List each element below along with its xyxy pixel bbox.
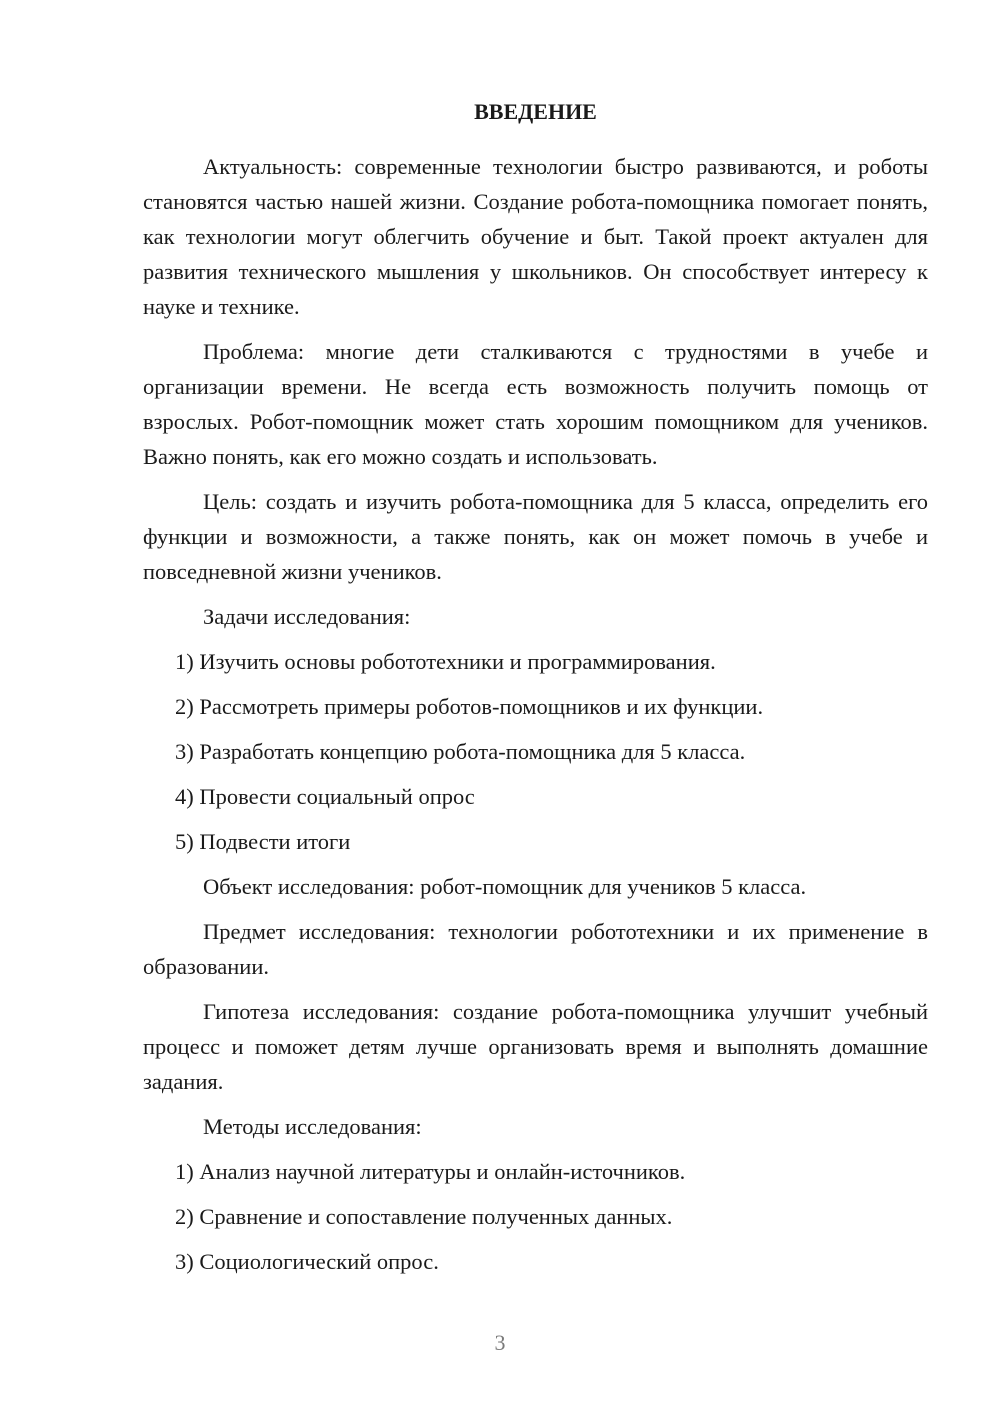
page-number: 3 [0, 1330, 1000, 1356]
method-item: 2) Сравнение и сопоставление полученных … [143, 1199, 928, 1234]
tasks-heading: Задачи исследования: [143, 599, 928, 634]
methods-heading: Методы исследования: [143, 1109, 928, 1144]
task-item: 2) Рассмотреть примеры роботов-помощнико… [143, 689, 928, 724]
methods-list: 1) Анализ научной литературы и онлайн-ис… [143, 1154, 928, 1279]
section-title: ВВЕДЕНИЕ [143, 92, 928, 129]
method-item: 3) Социологический опрос. [143, 1244, 928, 1279]
tasks-list: 1) Изучить основы робототехники и програ… [143, 644, 928, 859]
problem-paragraph: Проблема: многие дети сталкиваются с тру… [143, 334, 928, 474]
relevance-paragraph: Актуальность: современные технологии быс… [143, 149, 928, 324]
document-page: ВВЕДЕНИЕ Актуальность: современные техно… [143, 92, 928, 1289]
goal-paragraph: Цель: создать и изучить робота-помощника… [143, 484, 928, 589]
task-item: 5) Подвести итоги [143, 824, 928, 859]
subject-paragraph: Предмет исследования: технологии роботот… [143, 914, 928, 984]
task-item: 3) Разработать концепцию робота-помощник… [143, 734, 928, 769]
task-item: 4) Провести социальный опрос [143, 779, 928, 814]
object-paragraph: Объект исследования: робот-помощник для … [143, 869, 928, 904]
hypothesis-paragraph: Гипотеза исследования: создание робота-п… [143, 994, 928, 1099]
task-item: 1) Изучить основы робототехники и програ… [143, 644, 928, 679]
method-item: 1) Анализ научной литературы и онлайн-ис… [143, 1154, 928, 1189]
